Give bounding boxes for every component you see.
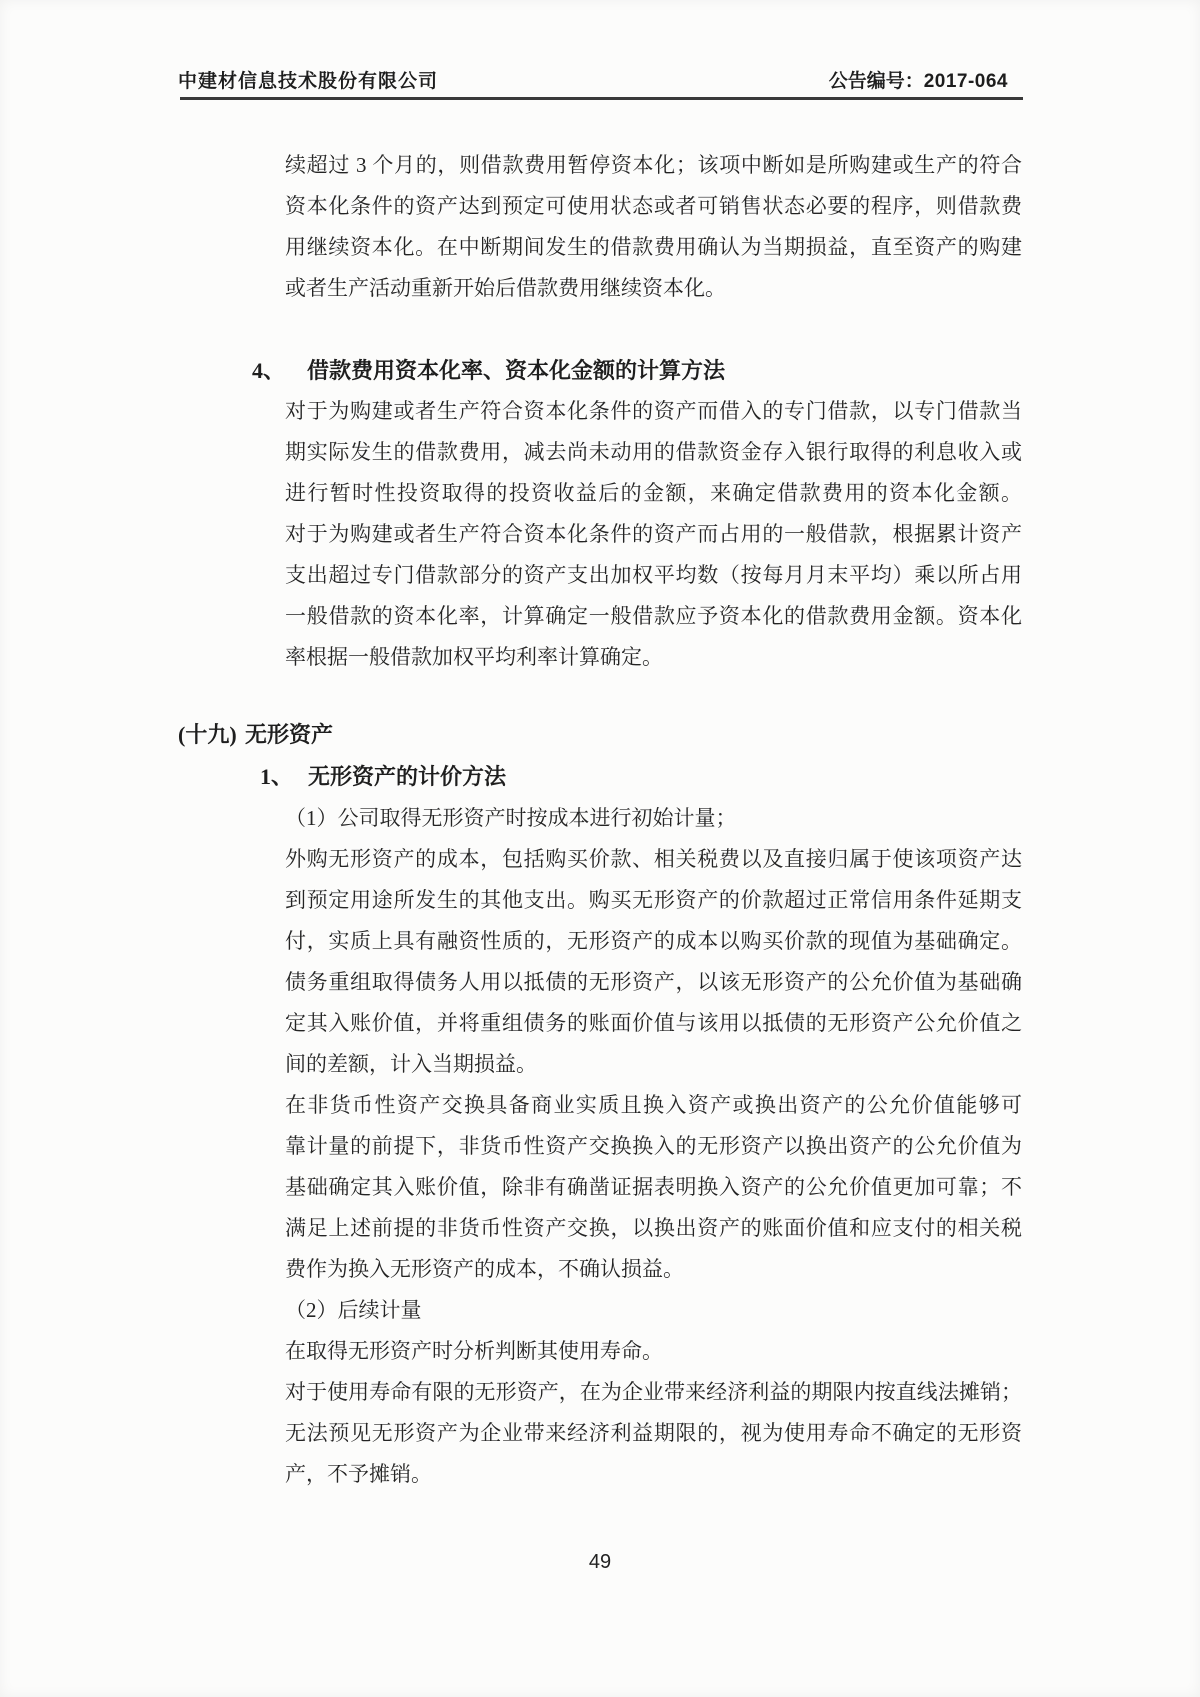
text-line: 资本化条件的资产达到预定可使用状态或者可销售状态必要的程序，则借款费: [285, 186, 1022, 227]
text-line: 靠计量的前提下，非货币性资产交换换入的无形资产以换出资产的公允价值为: [285, 1126, 1022, 1167]
text-line: 债务重组取得债务人用以抵债的无形资产，以该无形资产的公允价值为基础确: [285, 962, 1022, 1003]
document-page: 中建材信息技术股份有限公司 公告编号：2017-064 续超过 3 个月的，则借…: [0, 0, 1200, 1697]
text-line: 率根据一般借款加权平均利率计算确定。: [285, 637, 1022, 678]
line-useful-life: 在取得无形资产时分析判断其使用寿命。: [285, 1331, 1022, 1372]
paragraph-nonmonetary-exchange: 在非货币性资产交换具备商业实质且换入资产或换出资产的公允价值能够可 靠计量的前提…: [285, 1085, 1022, 1290]
text-line: 对于为购建或者生产符合资本化条件的资产而占用的一般借款，根据累计资产: [285, 514, 1022, 555]
paragraph-amortization: 对于使用寿命有限的无形资产，在为企业带来经济利益的期限内按直线法摊销； 无法预见…: [285, 1372, 1022, 1495]
heading-4-number: 4、: [252, 350, 307, 391]
paragraph-capitalization-method: 对于为购建或者生产符合资本化条件的资产而借入的专门借款，以专门借款当 期实际发生…: [285, 391, 1022, 678]
text-line: 或者生产活动重新开始后借款费用继续资本化。: [285, 268, 1022, 309]
text-line: （2）后续计量: [285, 1290, 1022, 1331]
text-line: 产，不予摊销。: [285, 1454, 1022, 1495]
header-divider: [180, 97, 1023, 100]
text-line: 定其入账价值，并将重组债务的账面价值与该用以抵债的无形资产公允价值之: [285, 1003, 1022, 1044]
heading-1-title: 无形资产的计价方法: [308, 756, 506, 797]
announcement-value: 2017-064: [924, 71, 1008, 92]
text-line: 费作为换入无形资产的成本，不确认损益。: [285, 1249, 1022, 1290]
page-number: 49: [0, 1548, 1200, 1576]
text-line: 在取得无形资产时分析判断其使用寿命。: [285, 1331, 1022, 1372]
paragraph-borrowing-suspend: 续超过 3 个月的，则借款费用暂停资本化；该项中断如是所购建或生产的符合 资本化…: [285, 145, 1022, 309]
text-line: 外购无形资产的成本，包括购买价款、相关税费以及直接归属于使该项资产达: [285, 839, 1022, 880]
heading-1: 1、 无形资产的计价方法: [260, 756, 506, 797]
heading-1-number: 1、: [260, 756, 308, 797]
announcement-number: 公告编号：2017-064: [829, 66, 1008, 93]
heading-4-title: 借款费用资本化率、资本化金额的计算方法: [307, 350, 725, 391]
text-line: 满足上述前提的非货币性资产交换，以换出资产的账面价值和应支付的相关税: [285, 1208, 1022, 1249]
text-line: 对于使用寿命有限的无形资产，在为企业带来经济利益的期限内按直线法摊销；: [285, 1372, 1022, 1413]
text-line: 间的差额，计入当期损益。: [285, 1044, 1022, 1085]
text-line: 支出超过专门借款部分的资产支出加权平均数（按每月月末平均）乘以所占用: [285, 555, 1022, 596]
text-line: 到预定用途所发生的其他支出。购买无形资产的价款超过正常信用条件延期支: [285, 880, 1022, 921]
heading-4: 4、 借款费用资本化率、资本化金额的计算方法: [252, 350, 725, 391]
text-line: 对于为购建或者生产符合资本化条件的资产而借入的专门借款，以专门借款当: [285, 391, 1022, 432]
section-19-heading: (十九) 无形资产: [178, 714, 333, 755]
text-line: 用继续资本化。在中断期间发生的借款费用确认为当期损益，直至资产的购建: [285, 227, 1022, 268]
text-line: 期实际发生的借款费用，减去尚未动用的借款资金存入银行取得的利息收入或: [285, 432, 1022, 473]
text-line: （1）公司取得无形资产时按成本进行初始计量；: [285, 798, 1022, 839]
company-name: 中建材信息技术股份有限公司: [178, 66, 438, 93]
text-line: 无法预见无形资产为企业带来经济利益期限的，视为使用寿命不确定的无形资: [285, 1413, 1022, 1454]
item-2-row: （2）后续计量: [285, 1290, 1022, 1331]
paragraph-external-purchase: 外购无形资产的成本，包括购买价款、相关税费以及直接归属于使该项资产达 到预定用途…: [285, 839, 1022, 1085]
section-19-title: 无形资产: [245, 714, 333, 755]
text-line: 在非货币性资产交换具备商业实质且换入资产或换出资产的公允价值能够可: [285, 1085, 1022, 1126]
text-line: 一般借款的资本化率，计算确定一般借款应予资本化的借款费用金额。资本化: [285, 596, 1022, 637]
text-line: 进行暂时性投资取得的投资收益后的金额，来确定借款费用的资本化金额。: [285, 473, 1022, 514]
section-19-number: (十九): [178, 714, 245, 755]
announcement-label: 公告编号：: [829, 71, 924, 92]
text-line: 基础确定其入账价值，除非有确凿证据表明换入资产的公允价值更加可靠；不: [285, 1167, 1022, 1208]
text-line: 付，实质上具有融资性质的，无形资产的成本以购买价款的现值为基础确定。: [285, 921, 1022, 962]
item-1-row: （1）公司取得无形资产时按成本进行初始计量；: [285, 798, 1022, 839]
text-line: 续超过 3 个月的，则借款费用暂停资本化；该项中断如是所购建或生产的符合: [285, 145, 1022, 186]
